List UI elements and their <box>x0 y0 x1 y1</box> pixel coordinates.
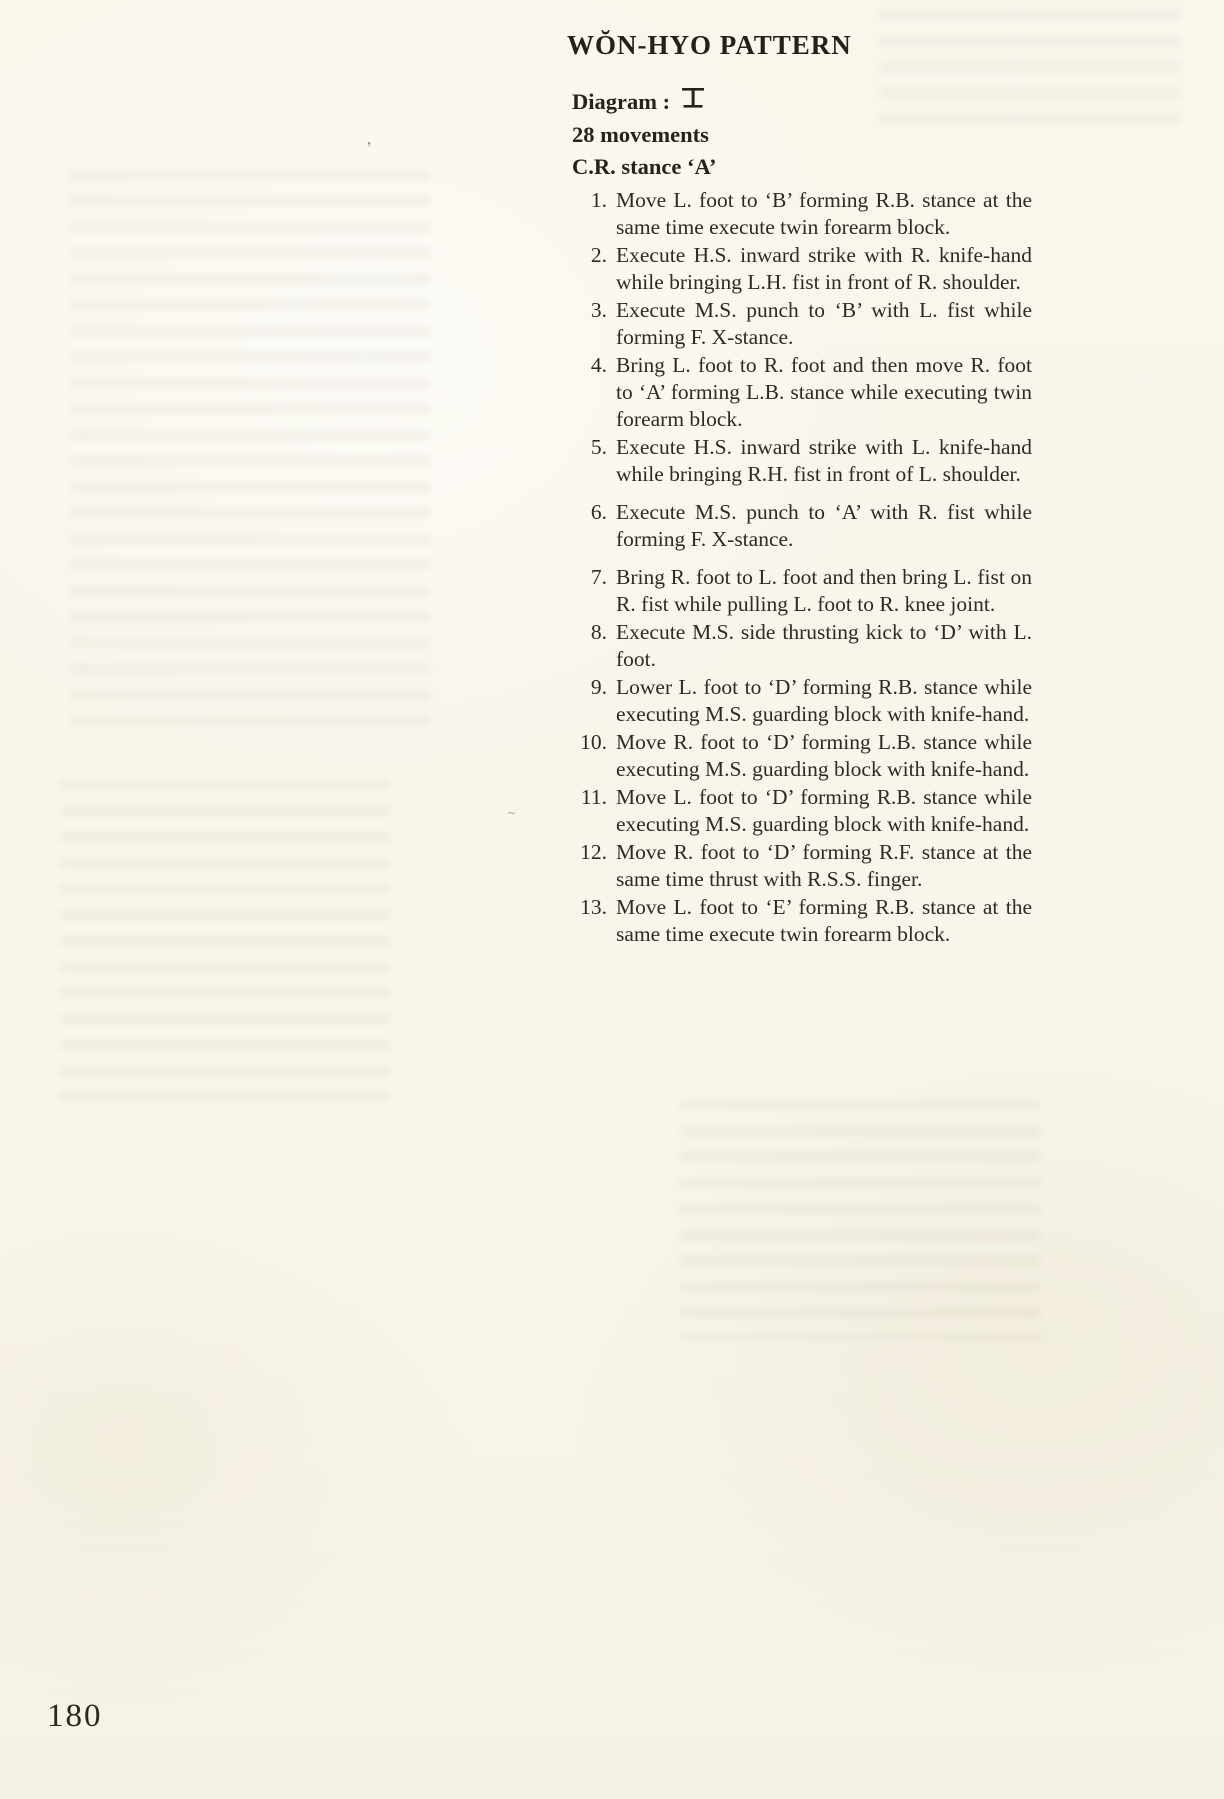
page-title: WŎN-HYO PATTERN <box>567 30 852 61</box>
step-text: Execute M.S. punch to ‘A’ with R. fist w… <box>616 499 1032 553</box>
step-item: 6.Execute M.S. punch to ‘A’ with R. fist… <box>570 499 1032 553</box>
step-number: 13. <box>570 894 616 948</box>
movements-count: 28 movements <box>572 119 717 151</box>
step-text: Execute H.S. inward strike with R. knife… <box>616 242 1032 296</box>
step-text: Move L. foot to ‘D’ forming R.B. stance … <box>616 784 1032 838</box>
step-item: 2.Execute H.S. inward strike with R. kni… <box>570 242 1032 296</box>
step-text: Execute M.S. punch to ‘B’ with L. fist w… <box>616 297 1032 351</box>
step-text: Lower L. foot to ‘D’ forming R.B. stance… <box>616 674 1032 728</box>
step-item: 4.Bring L. foot to R. foot and then move… <box>570 352 1032 433</box>
step-number: 2. <box>570 242 616 296</box>
bleedthrough-artifact <box>880 10 1180 140</box>
page-number: 180 <box>47 1698 103 1735</box>
bleedthrough-artifact <box>70 170 430 730</box>
step-number: 6. <box>570 499 616 553</box>
bleedthrough-artifact <box>60 780 390 1100</box>
step-text: Bring L. foot to R. foot and then move R… <box>616 352 1032 433</box>
step-text: Bring R. foot to L. foot and then bring … <box>616 564 1032 618</box>
step-text: Execute H.S. inward strike with L. knife… <box>616 434 1032 488</box>
step-text: Move L. foot to ‘E’ forming R.B. stance … <box>616 894 1032 948</box>
step-number: 7. <box>570 564 616 618</box>
step-item: 3.Execute M.S. punch to ‘B’ with L. fist… <box>570 297 1032 351</box>
step-number: 8. <box>570 619 616 673</box>
step-number: 12. <box>570 839 616 893</box>
pattern-meta: Diagram : 28 movements C.R. stance ‘A’ <box>572 84 717 183</box>
step-item: 10.Move R. foot to ‘D’ forming L.B. stan… <box>570 729 1032 783</box>
step-number: 9. <box>570 674 616 728</box>
diagram-line: Diagram : <box>572 84 717 119</box>
step-item: 9.Lower L. foot to ‘D’ forming R.B. stan… <box>570 674 1032 728</box>
step-text: Move L. foot to ‘B’ forming R.B. stance … <box>616 187 1032 241</box>
step-number: 11. <box>570 784 616 838</box>
step-text: Execute M.S. side thrusting kick to ‘D’ … <box>616 619 1032 673</box>
step-item: 13.Move L. foot to ‘E’ forming R.B. stan… <box>570 894 1032 948</box>
step-item: 11.Move L. foot to ‘D’ forming R.B. stan… <box>570 784 1032 838</box>
scan-speck: ~ <box>508 805 515 821</box>
ready-stance: C.R. stance ‘A’ <box>572 151 717 183</box>
step-number: 10. <box>570 729 616 783</box>
step-number: 4. <box>570 352 616 433</box>
step-number: 5. <box>570 434 616 488</box>
step-item: 7.Bring R. foot to L. foot and then brin… <box>570 564 1032 618</box>
bleedthrough-artifact <box>680 1100 1040 1340</box>
movement-steps-list: 1.Move L. foot to ‘B’ forming R.B. stanc… <box>570 187 1032 949</box>
step-text: Move R. foot to ‘D’ forming R.F. stance … <box>616 839 1032 893</box>
scan-speck: ’ <box>366 138 372 159</box>
step-number: 1. <box>570 187 616 241</box>
step-item: 1.Move L. foot to ‘B’ forming R.B. stanc… <box>570 187 1032 241</box>
step-item: 12.Move R. foot to ‘D’ forming R.F. stan… <box>570 839 1032 893</box>
step-item: 8.Execute M.S. side thrusting kick to ‘D… <box>570 619 1032 673</box>
step-text: Move R. foot to ‘D’ forming L.B. stance … <box>616 729 1032 783</box>
pattern-diagram-icon <box>680 85 706 120</box>
diagram-label: Diagram : <box>572 86 670 118</box>
step-number: 3. <box>570 297 616 351</box>
step-item: 5.Execute H.S. inward strike with L. kni… <box>570 434 1032 488</box>
